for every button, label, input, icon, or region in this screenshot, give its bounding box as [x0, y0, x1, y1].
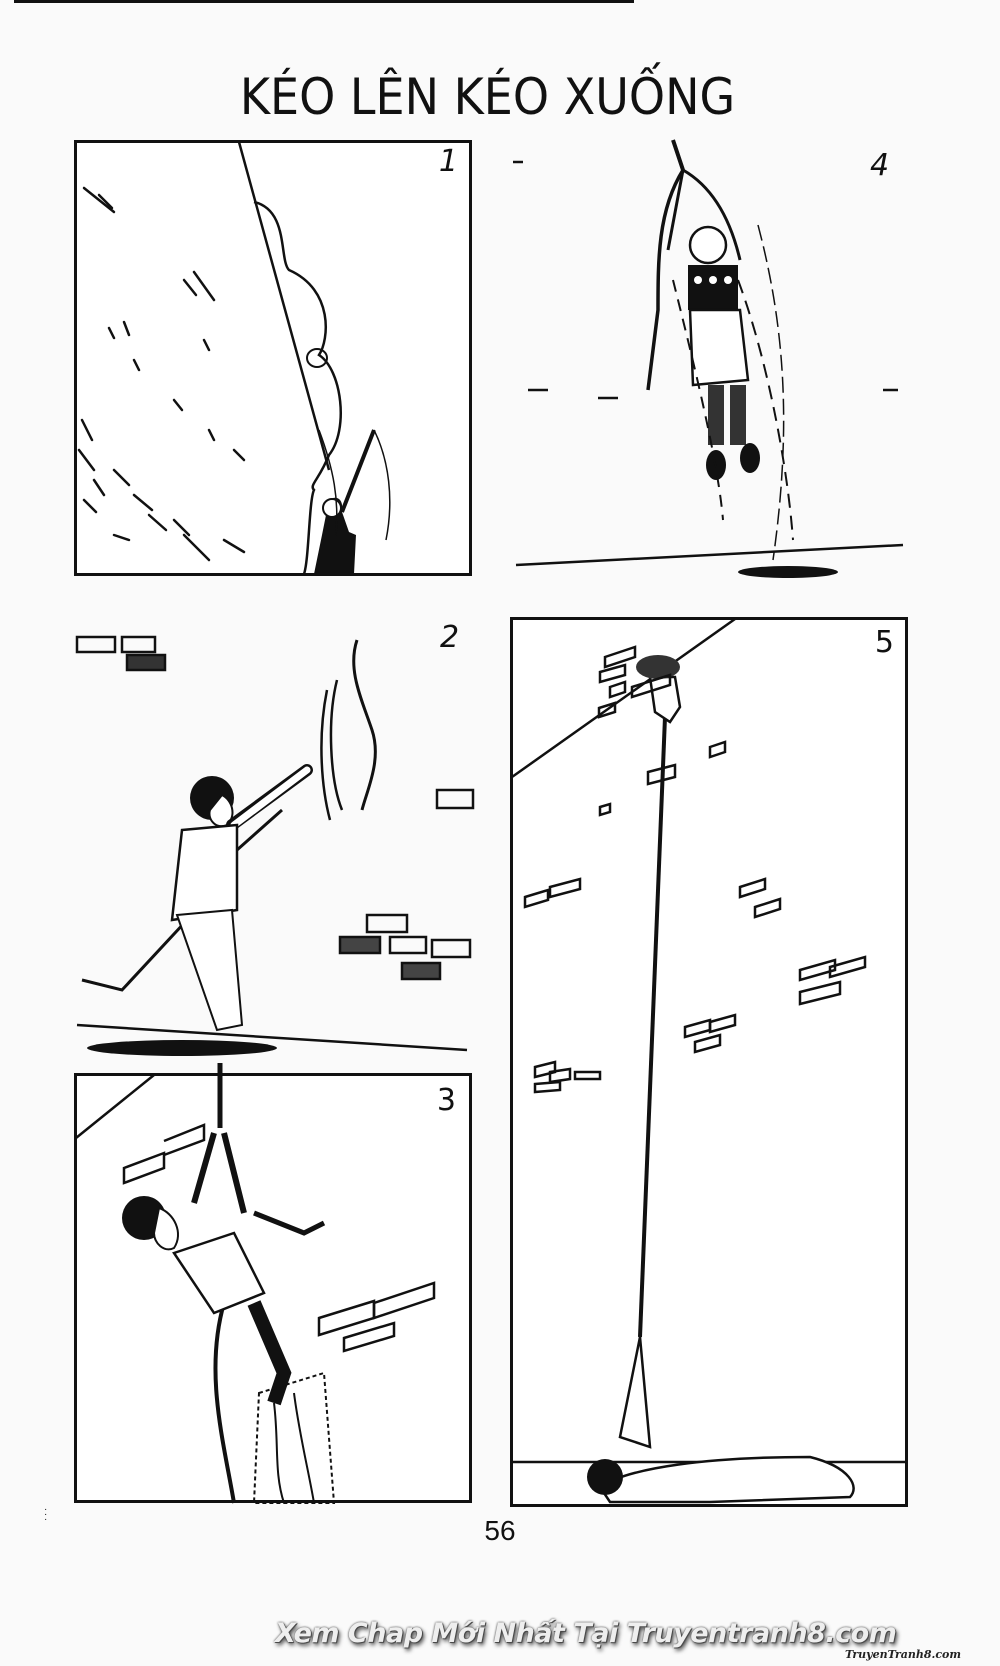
comic-panel-5: 5 [510, 617, 908, 1507]
watermark-logo: TruyenTranh8.com [845, 1648, 961, 1661]
panel-2-illustration [72, 610, 472, 1050]
panel-5-illustration [510, 617, 908, 1507]
page-title: KÉO LÊN KÉO XUỐNG [39, 68, 936, 126]
comic-panel-1: 1 [74, 140, 472, 576]
comic-panel-3: 3 [74, 1073, 472, 1503]
top-edge-line [14, 0, 634, 3]
panel-number-5: 5 [875, 625, 894, 660]
panel-1-illustration [74, 140, 472, 576]
page-number: 56 [0, 1515, 1000, 1547]
comic-panel-4: 4 [508, 140, 906, 576]
comic-panel-2: 2 [72, 610, 472, 1050]
panel-number-1: 1 [439, 144, 458, 179]
panel-number-4: 4 [870, 148, 889, 183]
panel-number-3: 3 [437, 1083, 456, 1118]
panel-4-illustration [508, 140, 906, 576]
panel-3-illustration [74, 1073, 472, 1503]
watermark-banner: Xem Chap Mới Nhất Tại Truyentranh8.com [275, 1618, 896, 1649]
panel-number-2: 2 [440, 620, 459, 655]
